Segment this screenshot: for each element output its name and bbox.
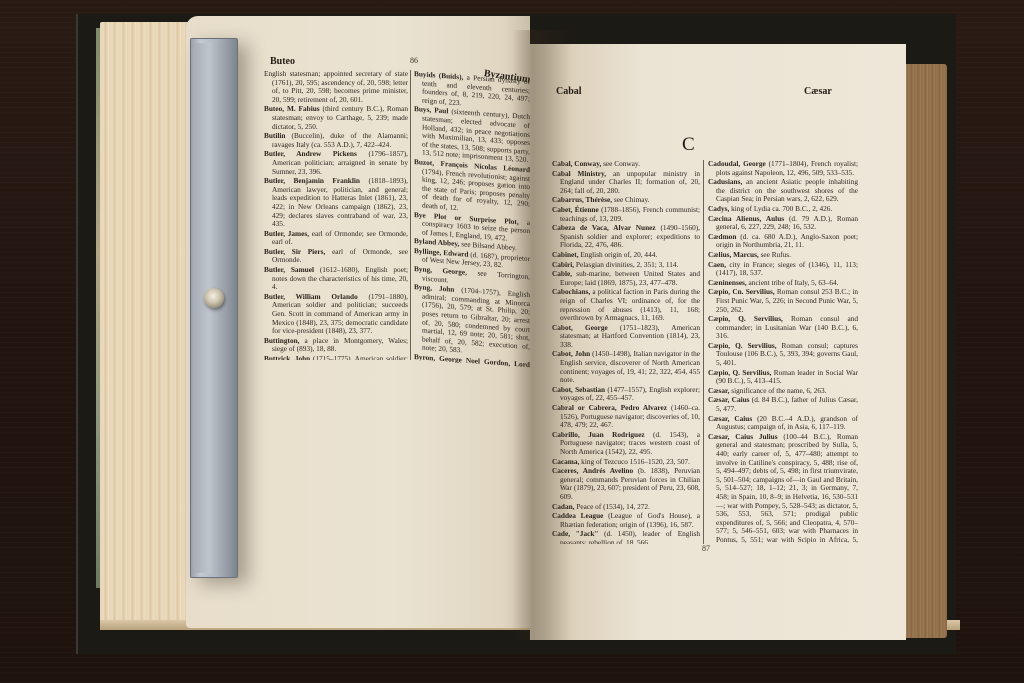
page-number: 87 [702, 544, 710, 553]
entry-text: (100–44 B.C.), Roman general and statesm… [716, 432, 858, 544]
right-page: Cabal Cæsar C Cabal, Conway, see Conway.… [530, 44, 906, 640]
page-number: 86 [410, 56, 418, 65]
index-entry: English statesman; appointed secretary o… [264, 70, 408, 104]
index-entry: Cadys, king of Lydia ca. 700 B.C., 2, 42… [708, 205, 858, 214]
entry-text: ancient tribe of Italy, 5, 63–64. [747, 278, 839, 287]
entry-text: Peace of (1534), 14, 272. [575, 502, 650, 511]
index-entry: Cabal, Conway, see Conway. [552, 160, 700, 169]
index-entry: Cabiri, Pelasgian divinities, 2, 351; 3,… [552, 261, 700, 270]
index-entry: Cæpio, Q. Servilius, Roman consul and co… [708, 315, 858, 341]
index-entry: Cæsar, Caius (20 B.C.–4 A.D.), grandson … [708, 415, 858, 432]
entry-headword: Cæsar, [708, 386, 729, 395]
entry-headword: Cadan, [552, 502, 575, 511]
column-rule [703, 160, 704, 544]
index-entry: Butler, Samuel (1612–1680), English poet… [264, 266, 408, 292]
index-entry: Byng, John (1704–1757), English admiral;… [414, 283, 530, 360]
entry-text: king of Tezcuco 1516–1520, 23, 507. [579, 457, 690, 466]
section-letter: C [682, 134, 695, 156]
index-entry: Buys, Paul (sixteenth century), Dutch st… [414, 105, 530, 165]
index-entry: Buteo, M. Fabius (third century B.C.), R… [264, 105, 408, 131]
entry-headword: Cadys, [708, 204, 729, 213]
index-entry: Cabarrus, Thérèse, see Chimay. [552, 196, 700, 205]
index-entry: Cæsar, significance of the name, 6, 263. [708, 387, 858, 396]
entry-text: (Buccelin), duke of the Alamanni; ravage… [272, 131, 408, 149]
index-entry: Cæcina Alienus, Aulus (d. 79 A.D.), Roma… [708, 215, 858, 232]
index-entry: Caceres, Andrés Avelino (b. 1838), Peruv… [552, 467, 700, 501]
index-entry: Cæpio, Q. Servilius, Roman consul; captu… [708, 342, 858, 368]
index-entry: Cæninenses, ancient tribe of Italy, 5, 6… [708, 279, 858, 288]
clip-knob [204, 288, 224, 308]
entry-text: sub-marine, between United States and Eu… [560, 269, 700, 287]
index-entry: Cabal Ministry, an unpopular ministry in… [552, 170, 700, 196]
index-entry: Cæpio, Q. Servilius, Roman leader in Soc… [708, 369, 858, 386]
entry-text: (1818–1893), American lawyer, politician… [272, 176, 408, 228]
entry-text: (d. ca. 680 A.D.), Anglo-Saxon poet; ori… [716, 232, 858, 250]
index-entry: Cabrillo, Juan Rodriguez (d. 1543), a Po… [552, 431, 700, 457]
index-entry: Cable, sub-marine, between United States… [552, 270, 700, 287]
index-entry: Butler, William Orlando (1791–1880), Ame… [264, 293, 408, 336]
metal-page-clip [190, 38, 238, 578]
entry-headword: Cabarrus, Thérèse, [552, 195, 612, 204]
index-entry: Cabot, George (1751–1823), American stat… [552, 324, 700, 350]
index-column-1: English statesman; appointed secretary o… [264, 70, 408, 360]
index-entry: Cabral or Cabrera, Pedro Alvarez (1460–c… [552, 404, 700, 430]
running-head-right: Cæsar [804, 86, 832, 97]
entry-text: see Rufus. [759, 250, 791, 259]
entry-text: significance of the name, 6, 263. [729, 386, 826, 395]
index-column-2: Cadoudal, George (1771–1804), French roy… [708, 160, 858, 544]
index-entry: Buttrick, John (1715–1775), American sol… [264, 355, 408, 360]
entry-headword: Buttrick, John [264, 354, 310, 360]
entry-headword: Cacama, [552, 457, 579, 466]
index-entry: Butler, Benjamin Franklin (1818–1893), A… [264, 177, 408, 229]
column-rule [410, 70, 411, 360]
entry-text: (sixteenth century), Dutch statesman; el… [422, 107, 530, 165]
entry-text: English statesman; appointed secretary o… [264, 70, 408, 104]
index-entry: Cabot, John (1450–1498), Italian navigat… [552, 350, 700, 384]
index-entry: Cadusians, an ancient Asiatic people inh… [708, 178, 858, 204]
index-entry: Cabochians, a political faction in Paris… [552, 288, 700, 322]
entry-text: (1794), French revolutionist; against ki… [422, 166, 530, 212]
index-entry: Cabet, Étienne (1788–1856), French commu… [552, 206, 700, 223]
index-entry: Cade, "Jack" (d. 1450), leader of Englis… [552, 530, 700, 544]
index-entry: Butler, James, earl of Ormonde; see Ormo… [264, 230, 408, 247]
index-entry: Cacama, king of Tezcuco 1516–1520, 23, 5… [552, 458, 700, 467]
index-entry: Cælius, Marcus, see Rufus. [708, 251, 858, 260]
index-entry: Cædmon (d. ca. 680 A.D.), Anglo-Saxon po… [708, 233, 858, 250]
index-entry: Cabinet, English origin of, 20, 444. [552, 251, 700, 260]
index-entry: Cæsar, Caius (d. 84 B.C.), father of Jul… [708, 396, 858, 413]
running-head-left: Buteo [270, 56, 295, 67]
entry-text: Pelasgian divinities, 2, 351; 3, 114. [574, 260, 678, 269]
index-entry: Buttington, a place in Montgomery, Wales… [264, 337, 408, 354]
running-head-left: Cabal [556, 86, 582, 97]
entry-text: English origin of, 20, 444. [579, 250, 658, 259]
index-entry: Butilin (Buccelin), duke of the Alamanni… [264, 132, 408, 149]
entry-headword: Cabiri, [552, 260, 574, 269]
index-entry: Cæsar, Caius Julius (100–44 B.C.), Roman… [708, 433, 858, 544]
index-entry: Cabot, Sebastian (1477–1557), English ex… [552, 386, 700, 403]
index-entry: Cæpio, Cn. Servilius, Roman consul 253 B… [708, 288, 858, 314]
index-column-1: Cabal, Conway, see Conway.Cabal Ministry… [552, 160, 700, 544]
index-column-2: Buyids (Buids), a Persian dynasty of ten… [414, 70, 530, 368]
entry-headword: Cæninenses, [708, 278, 747, 287]
entry-text: see Conway. [601, 160, 640, 168]
entry-text: (1704–1757), English admiral; commanding… [422, 285, 530, 355]
entry-headword: Cabal, Conway, [552, 160, 601, 168]
index-entry: Cabeza de Vaca, Alvar Nunez (1490–1560),… [552, 224, 700, 250]
entry-headword: Cabinet, [552, 250, 579, 259]
entry-headword: Cælius, Marcus, [708, 250, 759, 259]
index-entry: Buzot, François Nicolas Léonard (1794), … [414, 158, 530, 218]
index-entry: Cadoudal, George (1771–1804), French roy… [708, 160, 858, 177]
index-entry: Butler, Sir Piers, earl of Ormonde, see … [264, 248, 408, 265]
index-entry: Butler, Andrew Pickens (1796–1857), Amer… [264, 150, 408, 176]
index-entry: Caen, city in France; sieges of (1346), … [708, 261, 858, 278]
index-entry: Caddea League (League of God's House), a… [552, 512, 700, 529]
index-entry: Cadan, Peace of (1534), 14, 272. [552, 503, 700, 512]
entry-text: king of Lydia ca. 700 B.C., 2, 426. [729, 204, 832, 213]
entry-text: see Chimay. [612, 195, 649, 204]
clip-bar-face [195, 43, 223, 573]
entry-text: city in France; sieges of (1346), 11, 11… [716, 260, 858, 278]
left-page-stack [100, 22, 190, 622]
